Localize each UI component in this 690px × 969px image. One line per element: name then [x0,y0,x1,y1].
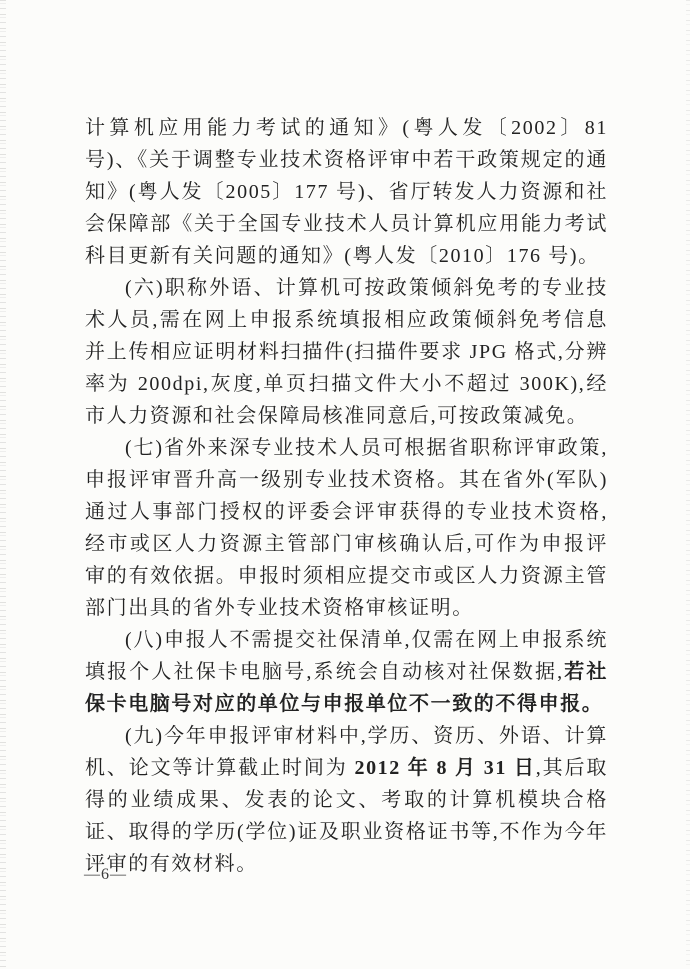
page-number: —6— [84,866,127,884]
paragraph: (六)职称外语、计算机可按政策倾斜免考的专业技术人员,需在网上申报系统填报相应政… [85,272,608,432]
paragraph: (九)今年申报评审材料中,学历、资历、外语、计算机、论文等计算截止时间为 201… [85,720,608,880]
text-run: (六)职称外语、计算机可按政策倾斜免考的专业技术人员,需在网上申报系统填报相应政… [85,277,608,427]
text-run: (七)省外来深专业技术人员可根据省职称评审政策,申报评审晋升高一级别专业技术资格… [85,437,608,619]
scan-artifact-left [0,0,6,969]
text-run: 计算机应用能力考试的通知》(粤人发〔2002〕81 号)、《关于调整专业技术资格… [85,117,608,267]
paragraph: (七)省外来深专业技术人员可根据省职称评审政策,申报评审晋升高一级别专业技术资格… [85,432,608,624]
scan-artifact-right [686,0,690,969]
document-page: 计算机应用能力考试的通知》(粤人发〔2002〕81 号)、《关于调整专业技术资格… [0,0,690,969]
paragraph: 计算机应用能力考试的通知》(粤人发〔2002〕81 号)、《关于调整专业技术资格… [85,112,608,272]
text-run: (八)申报人不需提交社保清单,仅需在网上申报系统填报个人社保卡电脑号,系统会自动… [85,629,608,683]
paragraph: (八)申报人不需提交社保清单,仅需在网上申报系统填报个人社保卡电脑号,系统会自动… [85,624,608,720]
document-body: 计算机应用能力考试的通知》(粤人发〔2002〕81 号)、《关于调整专业技术资格… [85,112,608,880]
bold-text-run: 2012 年 8 月 31 日 [354,757,535,779]
